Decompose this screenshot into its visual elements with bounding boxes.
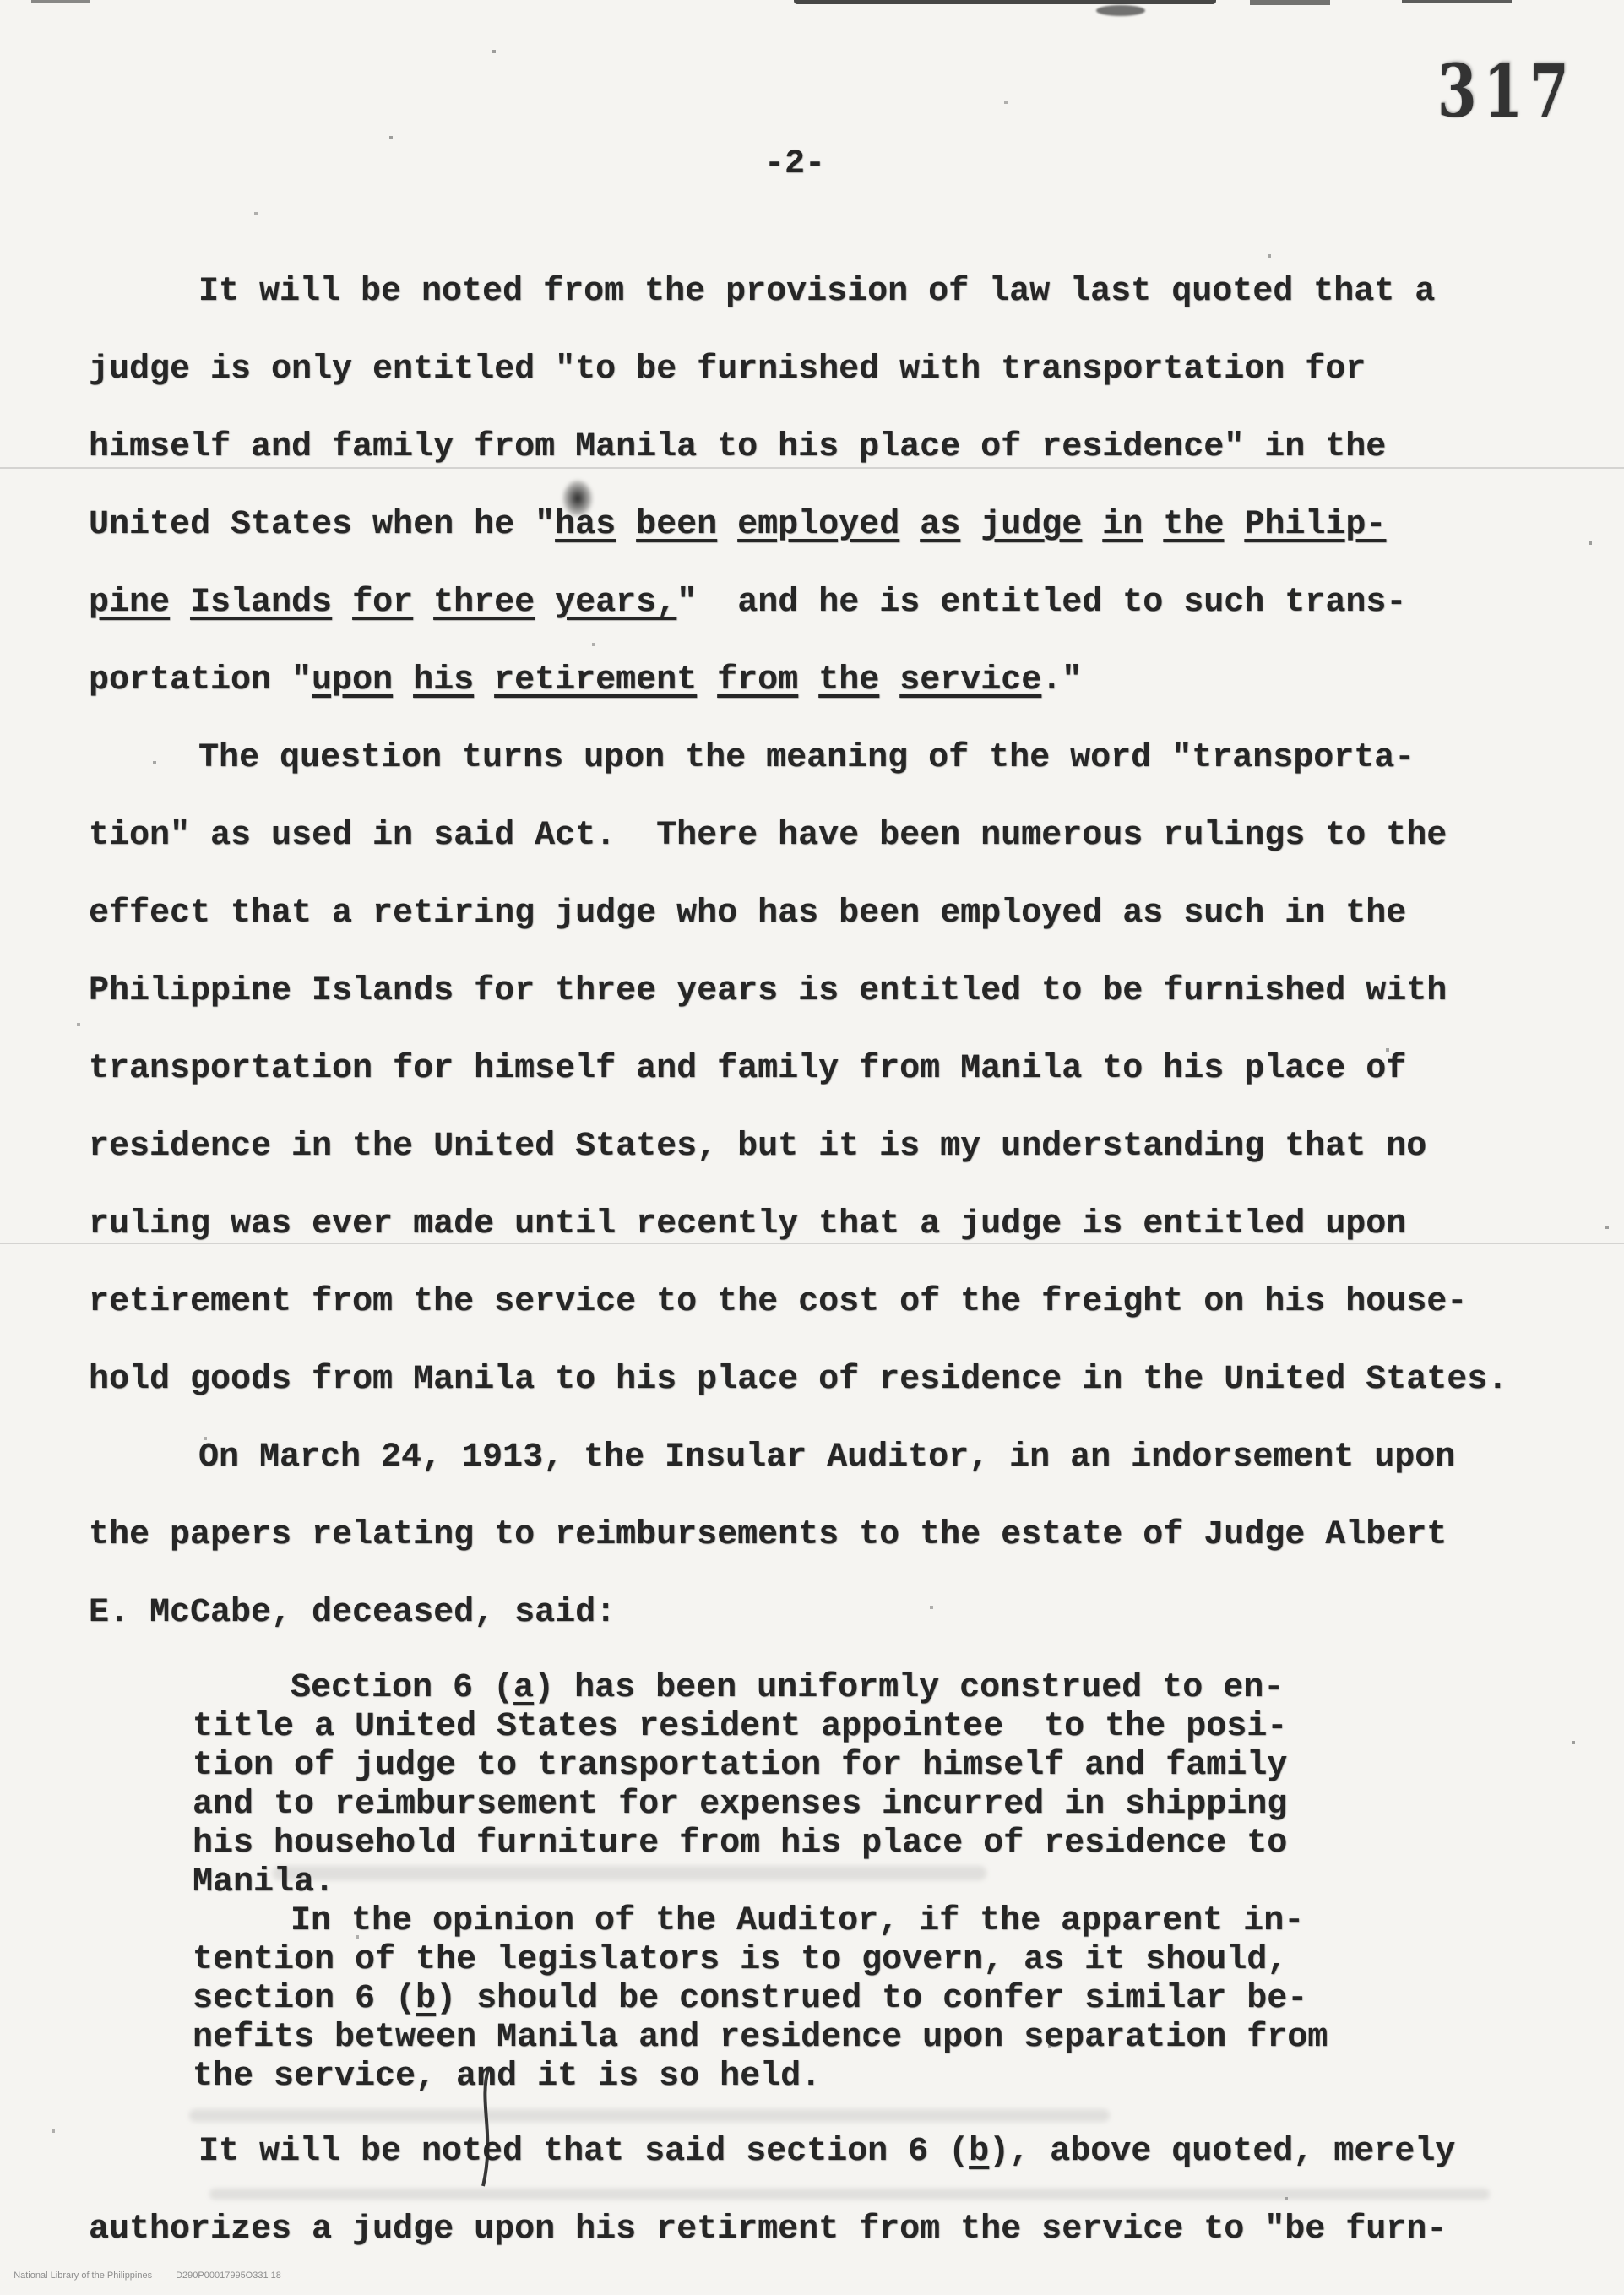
text-segment: ruling was ever made until recently that… [89,1205,1406,1243]
text-segment: portation " [89,661,312,699]
scan-noise-blob [1096,5,1145,16]
text-segment: the service, and it is so held. [193,2058,821,2096]
underlined-text: has [555,506,616,544]
text-segment [960,506,980,544]
text-line: the service, and it is so held. [89,2058,1575,2096]
text-segment: In the opinion of the Auditor, if the ap… [291,1902,1304,1940]
text-line: Section 6 (a) has been uniformly constru… [89,1669,1575,1708]
text-segment: ), above quoted, merely [989,2133,1455,2171]
text-segment: transportation for himself and family fr… [89,1050,1406,1088]
text-line: the papers relating to reimbursements to… [89,1497,1575,1574]
text-segment [1224,506,1244,544]
text-segment: E. McCabe, deceased, said: [89,1594,616,1632]
page-header-number: -2- [764,145,825,183]
text-segment [332,584,352,622]
footer-scan-code: D290P00017995O331 18 [176,2271,281,2281]
text-segment: tion of judge to transportation for hims… [193,1747,1287,1785]
text-segment [798,661,818,699]
text-segment: nefits between Manila and residence upon… [193,2019,1328,2057]
scan-noise-strip [794,0,1216,4]
text-line: It will be noted that said section 6 (b)… [89,2113,1575,2191]
text-segment: effect that a retiring judge who has bee… [89,895,1406,933]
text-line: tention of the legislators is to govern,… [89,1941,1575,1980]
underlined-text: his [413,661,474,699]
text-segment: " and he is entitled to such trans- [676,584,1406,622]
text-line: On March 24, 1913, the Insular Auditor, … [89,1419,1575,1497]
text-segment [1143,506,1163,544]
underlined-text: b [416,1980,436,2018]
scan-noise-strip [31,0,90,3]
underlined-text: b [969,2133,989,2171]
page-stamp-number: 317 [1437,49,1575,134]
text-line: authorizes a judge upon his retirment fr… [89,2191,1575,2269]
text-segment: On March 24, 1913, the Insular Auditor, … [198,1438,1455,1477]
text-line: pine Islands for three years," and he is… [89,564,1575,642]
text-line: transportation for himself and family fr… [89,1031,1575,1108]
text-segment: ) should be construed to confer similar … [436,1980,1307,2018]
text-segment: Section 6 ( [291,1669,513,1707]
text-segment: tion" as used in said Act. There have be… [89,817,1447,855]
footer-library-name: National Library of the Philippines [14,2271,152,2281]
text-line: portation "upon his retirement from the … [89,642,1575,720]
text-segment [1082,506,1102,544]
scan-noise-strip [1402,0,1512,3]
text-segment: retirement from the service to the cost … [89,1283,1467,1321]
text-line: tion of judge to transportation for hims… [89,1747,1575,1786]
text-line: and to reimbursement for expenses incurr… [89,1786,1575,1825]
text-segment: section 6 ( [193,1980,416,2018]
text-segment: ." [1041,661,1082,699]
text-line: section 6 (b) should be construed to con… [89,1980,1575,2019]
text-line: hold goods from Manila to his place of r… [89,1341,1575,1419]
text-line: effect that a retiring judge who has bee… [89,875,1575,953]
text-segment [697,661,717,699]
text-segment [616,506,636,544]
text-segment: himself and family from Manila to his pl… [89,428,1386,466]
text-segment: United States when he " [89,506,555,544]
text-segment: tention of the legislators is to govern,… [193,1941,1287,1979]
text-line: title a United States resident appointee… [89,1708,1575,1747]
text-segment: his household furniture from his place o… [193,1825,1287,1863]
text-line: In the opinion of the Auditor, if the ap… [89,1902,1575,1941]
text-segment: It will be noted from the provision of l… [198,273,1435,311]
underlined-text: years, [555,584,676,622]
text-segment: judge is only entitled "to be furnished … [89,351,1366,389]
scan-speckles [0,0,2,2]
text-segment [170,584,190,622]
text-segment [393,661,413,699]
underlined-text: pine [89,584,170,622]
underlined-text: from [717,661,798,699]
text-segment: It will be noted that said section 6 ( [198,2133,969,2171]
text-line: himself and family from Manila to his pl… [89,409,1575,487]
text-line: residence in the United States, but it i… [89,1108,1575,1186]
underlined-text: service [899,661,1041,699]
underlined-text: judge [980,506,1082,544]
text-line: United States when he "has been employed… [89,487,1575,564]
underlined-text: as [920,506,960,544]
text-segment: authorizes a judge upon his retirment fr… [89,2211,1447,2249]
text-segment [535,584,555,622]
text-segment: hold goods from Manila to his place of r… [89,1361,1507,1399]
text-line: Philippine Islands for three years is en… [89,953,1575,1031]
underlined-text: three [433,584,535,622]
text-line: his household furniture from his place o… [89,1825,1575,1863]
underlined-text: been [636,506,717,544]
underlined-text: employed [737,506,899,544]
underlined-text: upon [312,661,393,699]
text-segment [899,506,920,544]
text-segment [717,506,737,544]
text-segment: and to reimbursement for expenses incurr… [193,1786,1287,1824]
text-line: tion" as used in said Act. There have be… [89,797,1575,875]
underlined-text: Philip- [1244,506,1386,544]
document-text: It will be noted from the provision of l… [89,253,1575,2269]
text-line: Manila. [89,1863,1575,1902]
text-segment [474,661,494,699]
text-line: The question turns upon the meaning of t… [89,720,1575,797]
underlined-text: retirement [494,661,697,699]
text-segment: residence in the United States, but it i… [89,1128,1426,1166]
underlined-text: Islands [190,584,332,622]
underlined-text: a [513,1669,534,1707]
underlined-text: the [818,661,879,699]
text-line: E. McCabe, deceased, said: [89,1574,1575,1652]
text-line: retirement from the service to the cost … [89,1264,1575,1341]
text-segment: ) has been uniformly construed to en- [534,1669,1284,1707]
text-segment: title a United States resident appointee… [193,1708,1287,1746]
text-segment: the papers relating to reimbursements to… [89,1516,1447,1554]
text-segment [879,661,899,699]
scan-noise-strip [1250,0,1330,5]
text-line: judge is only entitled "to be furnished … [89,331,1575,409]
text-line: It will be noted from the provision of l… [89,253,1575,331]
text-line: ruling was ever made until recently that… [89,1186,1575,1264]
text-line: nefits between Manila and residence upon… [89,2019,1575,2058]
text-segment: The question turns upon the meaning of t… [198,739,1415,777]
underlined-text: in [1102,506,1143,544]
text-segment [413,584,433,622]
text-segment: Philippine Islands for three years is en… [89,972,1447,1010]
scanned-page: 317 -2- It will be noted from the provis… [0,0,1624,2295]
footer-watermark: National Library of the PhilippinesD290P… [3,2260,305,2291]
text-segment: Manila. [193,1863,334,1901]
underlined-text: for [352,584,413,622]
underlined-text: the [1163,506,1224,544]
